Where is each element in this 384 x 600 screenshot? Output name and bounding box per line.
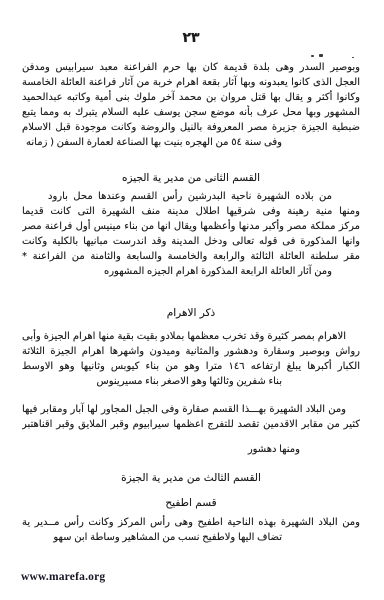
text-line: مقر سلطنة العائلة الثالثة والرابعة والخا…	[22, 249, 360, 264]
text-line: وبوصير السدر وهى بلدة قديمة كان بها حرم …	[22, 60, 360, 75]
text-line: العجل الذى كانوا يعبدونه وبها آثار بقعة …	[22, 75, 360, 90]
text-line: رواش وبوصير وسقارة ودهشور والمثانية وميد…	[22, 344, 360, 359]
text-line: الاهرام بمصر كثيرة وقد تخرب معظمها بملاد…	[22, 329, 360, 344]
scan-speck	[319, 54, 323, 57]
text-line: الكبار أكبرها يبلغ ارتفاعه ١٤٦ مترا وهو …	[22, 359, 360, 374]
watermark-url: www.marefa.org	[21, 571, 105, 583]
text-line: المشهور وبها محل عرف بأنه موضع سجن يوسف …	[22, 105, 360, 120]
scanned-book-page: ٢٣ وبوصير السدر وهى بلدة قديمة كان بها ح…	[0, 0, 384, 600]
text-line: وانها المذكورة فى قوله تعالى ودخل المدين…	[22, 234, 360, 249]
text-line: مركز مملكة مصر وأكبر مدنها وأعظمها ويقال…	[22, 219, 360, 234]
text-line: من بلاده الشهيرة ناحية البدرشين رأس القس…	[22, 189, 360, 204]
text-line: بناء شفرين وثالثها وهو الاصغر بناء مسيري…	[22, 374, 360, 389]
scan-speck	[311, 55, 314, 57]
text-line: ومنها دهشور	[22, 442, 360, 457]
paragraph-saqqara: ومن البلاد الشهيرة بهـــذا القسم صقارة و…	[22, 402, 360, 457]
text-line: ومن البلاد الشهيرة بهـــذا القسم صقارة و…	[22, 402, 360, 417]
text-line: ومنها منية رهينة وفى شرقيها اطلال مدينة …	[22, 204, 360, 219]
page-number: ٢٣	[22, 30, 360, 47]
paragraph-section-2: من بلاده الشهيرة ناحية البدرشين رأس القس…	[22, 189, 360, 279]
paragraph-atfih: ومن البلاد الشهيرة بهذه الناحية اطفيح وه…	[22, 515, 360, 545]
text-line: ومن البلاد الشهيرة بهذه الناحية اطفيح وه…	[22, 515, 360, 530]
text-line: وكانوا أكثر و يقال بها قتل مروان بن محمد…	[22, 90, 360, 105]
paragraph-busir: وبوصير السدر وهى بلدة قديمة كان بها حرم …	[22, 60, 360, 150]
paragraph-pyramids: الاهرام بمصر كثيرة وقد تخرب معظمها بملاد…	[22, 329, 360, 389]
text-blocks: وبوصير السدر وهى بلدة قديمة كان بها حرم …	[22, 60, 360, 545]
text-line: وفى سنة ٥٤ من الهجره بنيت بها الصناعة لع…	[22, 135, 360, 150]
text-line: تضاف اليها ولاطفيح نسب من المشاهير وساطة…	[22, 530, 360, 545]
text-line: ومن آثار العائلة الرابعة المذكورة اهرام …	[22, 264, 360, 279]
heading-section-2: القسم الثانى من مدير ية الجيزه	[22, 171, 360, 186]
heading-section-3: القسم الثالث من مدير ية الجيزة	[22, 471, 360, 486]
text-line: كثير من مقابر الاقدمين تقصد للتفرج اعظمه…	[22, 417, 360, 432]
page-content: ٢٣ وبوصير السدر وهى بلدة قديمة كان بها ح…	[0, 0, 384, 545]
scan-speck	[352, 57, 354, 58]
text-line: ضبطية الجيزة جزيرة مصر المعروفة بالنيل و…	[22, 120, 360, 135]
heading-atfih: قسم اطفيح	[22, 496, 360, 511]
heading-pyramids: ذكر الاهرام	[22, 306, 360, 321]
